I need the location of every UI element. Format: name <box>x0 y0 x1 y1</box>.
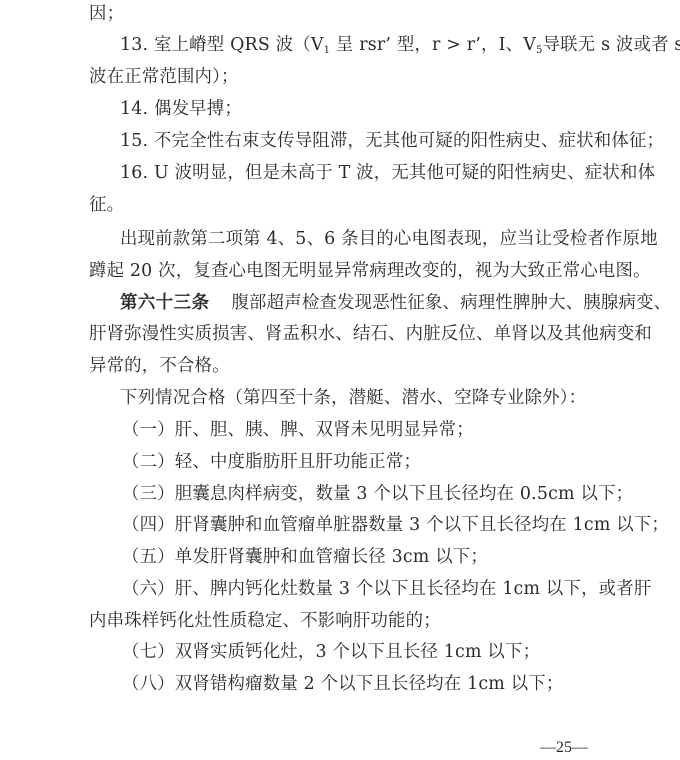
condition-item-7: （七）双肾实质钙化灶，3 个以下且长径 1cm 以下； <box>122 641 540 663</box>
article-63-text: 腹部超声检查发现恶性征象、病理性脾肿大、胰腺病变、 <box>231 293 671 313</box>
page-number: —25— <box>540 737 588 759</box>
condition-item-6: （六）肝、脾内钙化灶数量 3 个以下且长径均在 1cm 以下，或者肝 <box>122 578 651 600</box>
article-heading: 第六十三条 <box>120 293 209 313</box>
item-13-mid: 呈 rsr’ 型，r > r’，I、V <box>330 35 536 55</box>
list-item-13: 13. 室上嵴型 QRS 波（V1 呈 rsr’ 型，r > r’，I、V5导联… <box>120 34 680 56</box>
condition-item-4: （四）肝肾囊肿和血管瘤单脏器数量 3 个以下且长径均在 1cm 以下； <box>122 514 669 536</box>
condition-item-5: （五）单发肝肾囊肿和血管瘤长径 3cm 以下； <box>122 546 488 568</box>
paragraph-ecg-note: 出现前款第二项第 4、5、6 条目的心电图表现，应当让受检者作原地 <box>120 228 658 250</box>
list-item-13-continuation: 波在正常范围内）； <box>89 66 239 88</box>
list-item-15: 15. 不完全性右束支传导阻滞，无其他可疑的阳性病史、症状和体征； <box>120 130 664 152</box>
article-63: 第六十三条腹部超声检查发现恶性征象、病理性脾肿大、胰腺病变、 <box>120 292 671 314</box>
paragraph-ecg-note-continuation: 蹲起 20 次，复查心电图无明显异常病理改变的，视为大致正常心电图。 <box>89 260 651 282</box>
item-13-suffix: 导联无 s 波或者 s <box>543 35 680 55</box>
qualified-conditions-intro: 下列情况合格（第四至十条，潜艇、潜水、空降专业除外）： <box>120 387 586 409</box>
condition-item-3: （三）胆囊息肉样病变，数量 3 个以下且长径均在 0.5cm 以下； <box>122 483 633 505</box>
item-13-prefix: 13. 室上嵴型 QRS 波（V <box>120 35 324 55</box>
condition-item-6-continuation: 内串珠样钙化灶性质稳定、不影响肝功能的； <box>89 610 441 632</box>
list-item-14: 14. 偶发早搏； <box>120 98 242 120</box>
list-item-16-continuation: 征。 <box>89 194 124 216</box>
condition-item-8: （八）双肾错构瘤数量 2 个以下且长径均在 1cm 以下； <box>122 673 563 695</box>
article-63-continuation: 肝肾弥漫性实质损害、肾盂积水、结石、内脏反位、单肾以及其他病变和 <box>89 323 652 345</box>
article-63-continuation-2: 异常的，不合格。 <box>89 355 230 377</box>
text-line-continuation: 因； <box>89 3 124 25</box>
condition-item-2: （二）轻、中度脂肪肝且肝功能正常； <box>122 451 421 473</box>
list-item-16: 16. U 波明显，但是未高于 T 波，无其他可疑的阳性病史、症状和体 <box>120 162 655 184</box>
condition-item-1: （一）肝、胆、胰、脾、双肾未见明显异常； <box>122 419 474 441</box>
